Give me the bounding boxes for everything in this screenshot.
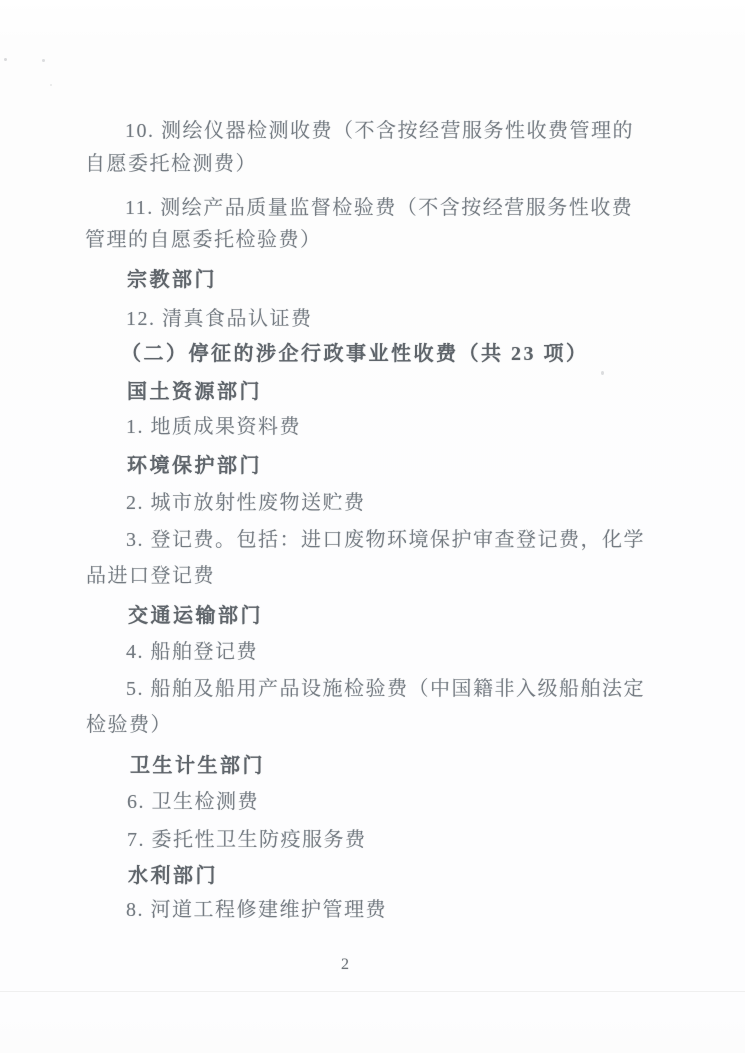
fee-item-3-line-2: 品进口登记费 [86, 563, 215, 589]
fee-item-1: 1. 地质成果资料费 [126, 414, 301, 440]
fee-item-12: 12. 清真食品认证费 [126, 306, 313, 332]
heading-water-dept: 水利部门 [128, 863, 218, 889]
fee-item-5-line-1: 5. 船舶及船用产品设施检验费（中国籍非入级船舶法定 [126, 676, 645, 702]
heading-religion-dept: 宗教部门 [127, 267, 217, 293]
scan-speck [601, 371, 604, 375]
page-number: 2 [341, 956, 349, 974]
heading-transport-dept: 交通运输部门 [128, 603, 263, 629]
scan-edge-line [0, 991, 745, 992]
fee-item-10-line-2: 自愿委托检测费） [85, 151, 257, 177]
fee-item-11-line-2: 管理的自愿委托检验费） [85, 227, 322, 253]
scan-speck [4, 58, 7, 61]
heading-health-dept: 卫生计生部门 [130, 753, 265, 779]
fee-item-8: 8. 河道工程修建维护管理费 [126, 897, 387, 923]
fee-item-2: 2. 城市放射性废物送贮费 [126, 490, 366, 516]
document-page: 10. 测绘仪器检测收费（不含按经营服务性收费管理的 自愿委托检测费） 11. … [0, 0, 745, 1053]
fee-item-5-line-2: 检验费） [86, 712, 172, 738]
fee-item-3-line-1: 3. 登记费。包括：进口废物环境保护审查登记费，化学 [126, 527, 645, 553]
scan-speck [42, 59, 45, 62]
heading-land-resources-dept: 国土资源部门 [127, 379, 262, 405]
fee-item-11-line-1: 11. 测绘产品质量监督检验费（不含按经营服务性收费 [125, 195, 633, 221]
fee-item-10-line-1: 10. 测绘仪器检测收费（不含按经营服务性收费管理的 [125, 118, 634, 144]
heading-section-two: （二）停征的涉企行政事业性收费（共 23 项） [121, 341, 589, 367]
scan-speck [50, 84, 52, 86]
fee-item-4: 4. 船舶登记费 [126, 639, 258, 665]
fee-item-6: 6. 卫生检测费 [127, 789, 259, 815]
heading-environment-dept: 环境保护部门 [127, 453, 262, 479]
fee-item-7: 7. 委托性卫生防疫服务费 [127, 827, 367, 853]
